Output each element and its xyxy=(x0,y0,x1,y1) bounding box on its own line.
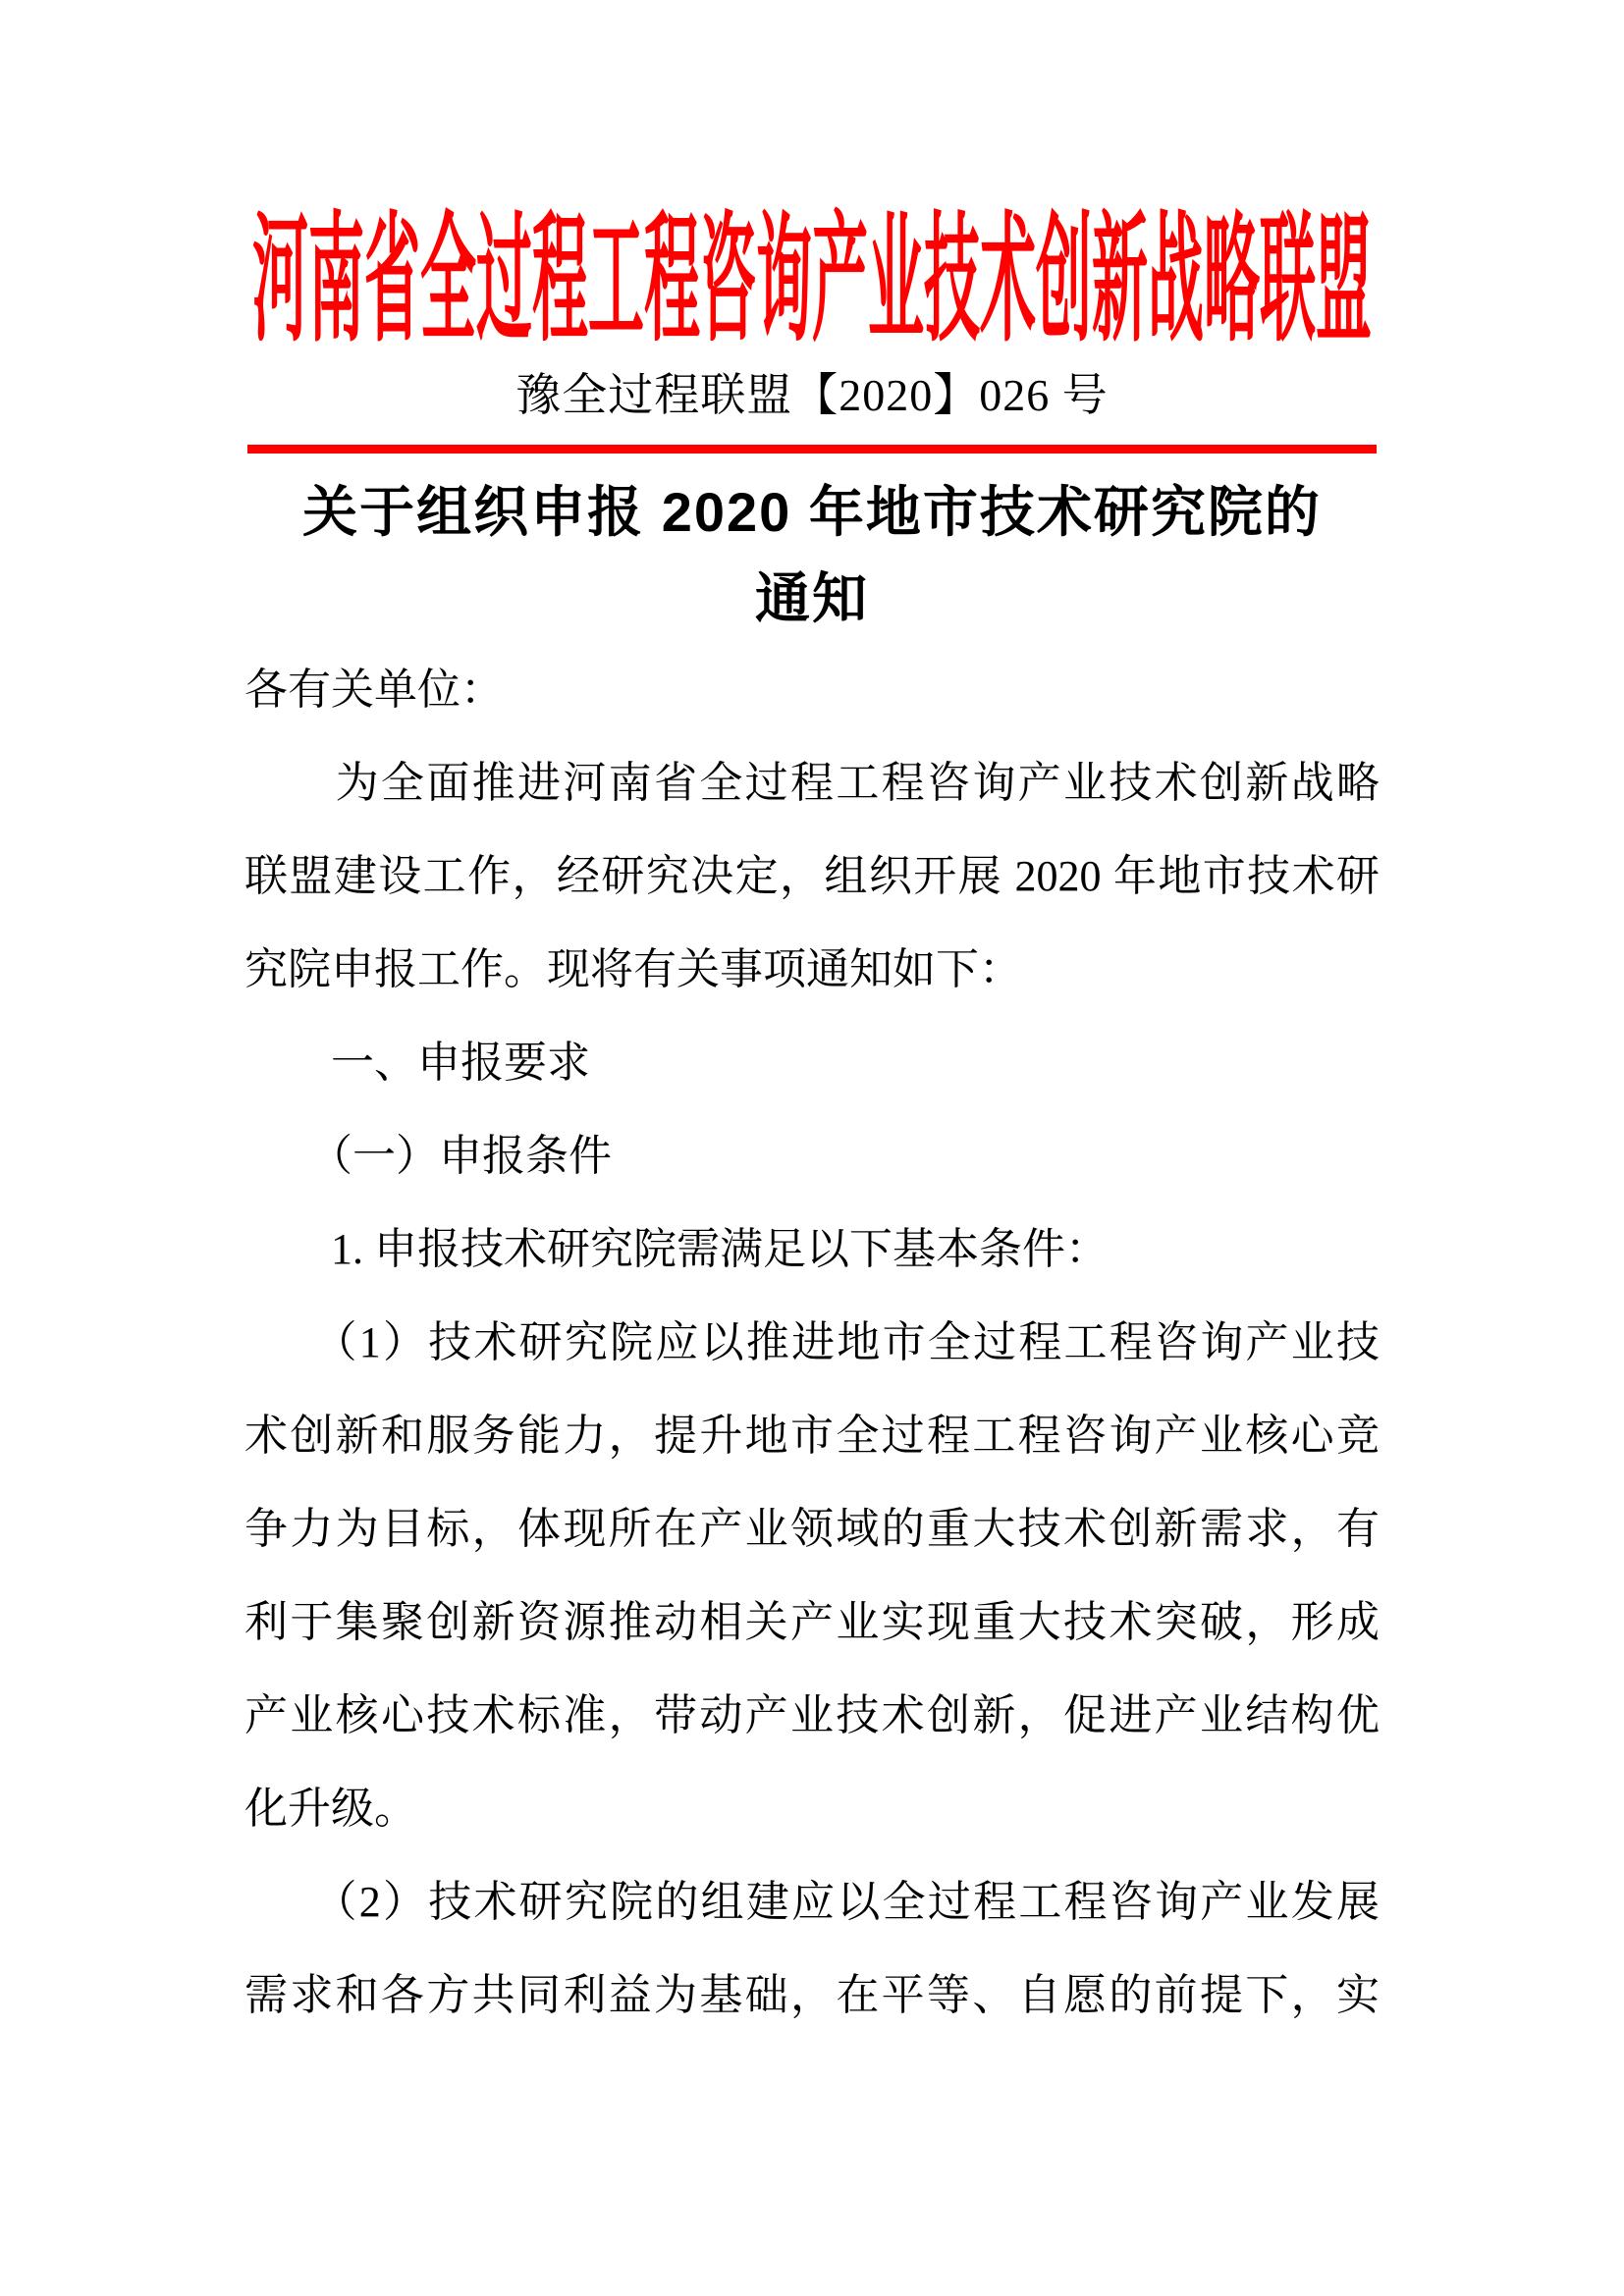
body-line: 化升级。 xyxy=(244,1762,1380,1855)
notice-title: 关于组织申报 2020 年地市技术研究院的 通知 xyxy=(0,469,1624,642)
document-page: 河南省全过程工程咨询产业技术创新战略联盟 豫全过程联盟【2020】026 号 关… xyxy=(0,0,1624,2296)
body-line: 需求和各方共同利益为基础，在平等、自愿的前提下，实 xyxy=(244,1949,1380,2042)
body-line: （一）申报条件 xyxy=(244,1109,1380,1202)
notice-title-line2: 通知 xyxy=(0,556,1624,642)
body-line: （2）技术研究院的组建应以全过程工程咨询产业发展 xyxy=(244,1855,1380,1949)
org-masthead: 河南省全过程工程咨询产业技术创新战略联盟 xyxy=(0,196,1624,341)
body-line: 一、申报要求 xyxy=(244,1016,1380,1109)
body-line: 为全面推进河南省全过程工程咨询产业技术创新战略 xyxy=(244,736,1380,829)
org-masthead-text: 河南省全过程工程咨询产业技术创新战略联盟 xyxy=(252,168,1372,369)
red-divider xyxy=(247,445,1377,454)
body-line: 争力为目标，体现所在产业领域的重大技术创新需求，有 xyxy=(244,1482,1380,1575)
body-line: 利于集聚创新资源推动相关产业实现重大技术突破，形成 xyxy=(244,1575,1380,1669)
body-line: 究院申报工作。现将有关事项通知如下： xyxy=(244,923,1380,1016)
body-line: 产业核心技术标准，带动产业技术创新，促进产业结构优 xyxy=(244,1669,1380,1762)
doc-number: 豫全过程联盟【2020】026 号 xyxy=(0,370,1624,421)
body-text: 各有关单位： 为全面推进河南省全过程工程咨询产业技术创新战略 联盟建设工作，经研… xyxy=(244,643,1380,2042)
body-line: 术创新和服务能力，提升地市全过程工程咨询产业核心竞 xyxy=(244,1389,1380,1482)
body-line: 1. 申报技术研究院需满足以下基本条件： xyxy=(244,1202,1380,1296)
body-line: 联盟建设工作，经研究决定，组织开展 2020 年地市技术研 xyxy=(244,829,1380,923)
notice-title-line1: 关于组织申报 2020 年地市技术研究院的 xyxy=(0,469,1624,556)
body-line: （1）技术研究院应以推进地市全过程工程咨询产业技 xyxy=(244,1296,1380,1389)
body-line: 各有关单位： xyxy=(244,643,1380,736)
